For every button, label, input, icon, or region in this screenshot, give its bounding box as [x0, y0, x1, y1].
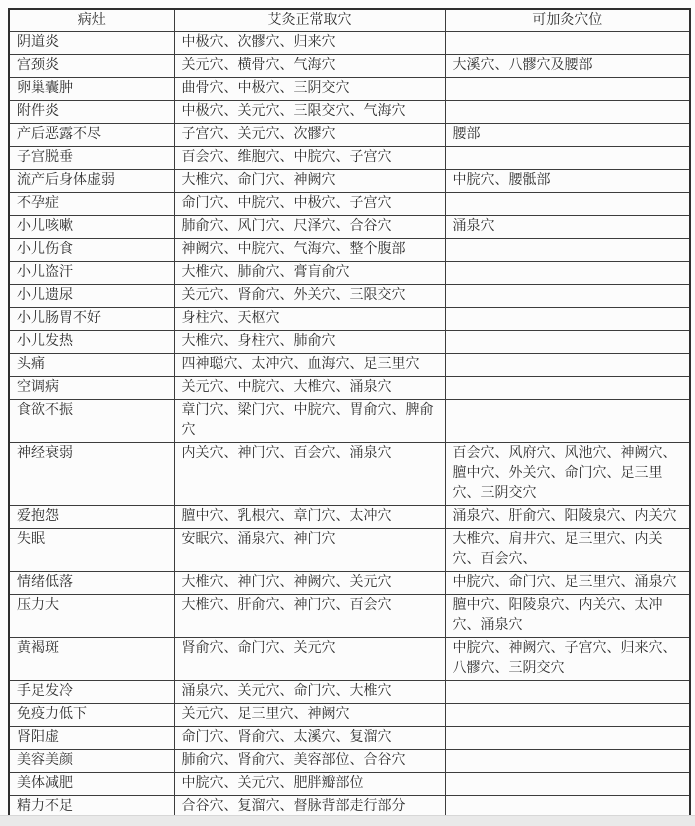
extra-points-cell	[445, 704, 690, 727]
disease-cell: 小儿发热	[9, 331, 174, 354]
extra-points-cell	[445, 727, 690, 750]
normal-points-cell: 关元穴、足三里穴、神阙穴	[174, 704, 445, 727]
disease-cell: 小儿遗尿	[9, 285, 174, 308]
extra-points-cell	[445, 101, 690, 124]
normal-points-cell: 命门穴、肾俞穴、太溪穴、复溜穴	[174, 727, 445, 750]
table-row: 爱抱怨 膻中穴、乳根穴、章门穴、太冲穴 涌泉穴、肝俞穴、阳陵泉穴、内关穴	[9, 506, 690, 529]
extra-points-cell: 涌泉穴、肝俞穴、阳陵泉穴、内关穴	[445, 506, 690, 529]
extra-points-cell	[445, 78, 690, 101]
disease-cell: 失眠	[9, 529, 174, 572]
normal-points-cell: 肺俞穴、肾俞穴、美容部位、合谷穴	[174, 750, 445, 773]
table-row: 不孕症 命门穴、中脘穴、中极穴、子宫穴	[9, 193, 690, 216]
disease-cell: 免疫力低下	[9, 704, 174, 727]
normal-points-cell: 膻中穴、乳根穴、章门穴、太冲穴	[174, 506, 445, 529]
table-row: 食欲不振 章门穴、梁门穴、中脘穴、胃俞穴、脾俞穴	[9, 400, 690, 443]
table-row: 卵巢囊肿 曲骨穴、中极穴、三阴交穴	[9, 78, 690, 101]
table-row: 子宫脱垂 百会穴、维胞穴、中脘穴、子宫穴	[9, 147, 690, 170]
normal-points-cell: 百会穴、维胞穴、中脘穴、子宫穴	[174, 147, 445, 170]
disease-cell: 卵巢囊肿	[9, 78, 174, 101]
column-header-disease: 病灶	[9, 9, 174, 32]
disease-cell: 黄褐斑	[9, 638, 174, 681]
disease-cell: 宫颈炎	[9, 55, 174, 78]
disease-cell: 美体减肥	[9, 773, 174, 796]
normal-points-cell: 大椎穴、神门穴、神阙穴、关元穴	[174, 572, 445, 595]
extra-points-cell: 百会穴、风府穴、风池穴、神阙穴、膻中穴、外关穴、命门穴、足三里穴、三阴交穴	[445, 443, 690, 506]
extra-points-cell	[445, 377, 690, 400]
extra-points-cell: 大椎穴、肩井穴、足三里穴、内关穴、百会穴、	[445, 529, 690, 572]
disease-cell: 小儿伤食	[9, 239, 174, 262]
normal-points-cell: 肺俞穴、风门穴、尺泽穴、合谷穴	[174, 216, 445, 239]
extra-points-cell: 膻中穴、阳陵泉穴、内关穴、太冲穴、涌泉穴	[445, 595, 690, 638]
extra-points-cell: 中脘穴、神阙穴、子宫穴、归来穴、八髎穴、三阴交穴	[445, 638, 690, 681]
table-row: 肾阳虚 命门穴、肾俞穴、太溪穴、复溜穴	[9, 727, 690, 750]
disease-cell: 头痛	[9, 354, 174, 377]
extra-points-cell: 中脘穴、命门穴、足三里穴、涌泉穴	[445, 572, 690, 595]
normal-points-cell: 身柱穴、天枢穴	[174, 308, 445, 331]
extra-points-cell	[445, 331, 690, 354]
page-bottom-scan-shade	[0, 815, 695, 826]
table-header-row: 病灶 艾灸正常取穴 可加灸穴位	[9, 9, 690, 32]
disease-cell: 神经衰弱	[9, 443, 174, 506]
table-row: 流产后身体虚弱 大椎穴、命门穴、神阙穴 中脘穴、腰骶部	[9, 170, 690, 193]
disease-cell: 小儿咳嗽	[9, 216, 174, 239]
table-row: 失眠 安眠穴、涌泉穴、神门穴 大椎穴、肩井穴、足三里穴、内关穴、百会穴、	[9, 529, 690, 572]
table-row: 小儿肠胃不好 身柱穴、天枢穴	[9, 308, 690, 331]
extra-points-cell: 大溪穴、八髎穴及腰部	[445, 55, 690, 78]
disease-cell: 肾阳虚	[9, 727, 174, 750]
table-row: 附件炎 中极穴、关元穴、三限交穴、气海穴	[9, 101, 690, 124]
extra-points-cell: 涌泉穴	[445, 216, 690, 239]
table-row: 阴道炎 中极穴、次髎穴、归来穴	[9, 32, 690, 55]
table-row: 美体减肥 中脘穴、关元穴、肥胖瓣部位	[9, 773, 690, 796]
normal-points-cell: 中脘穴、关元穴、肥胖瓣部位	[174, 773, 445, 796]
table-row: 小儿伤食 神阙穴、中脘穴、气海穴、整个腹部	[9, 239, 690, 262]
normal-points-cell: 大椎穴、肺俞穴、膏肓俞穴	[174, 262, 445, 285]
moxibustion-acupoint-table: 病灶 艾灸正常取穴 可加灸穴位 阴道炎 中极穴、次髎穴、归来穴 宫颈炎 关元穴、…	[8, 8, 691, 820]
disease-cell: 产后恶露不尽	[9, 124, 174, 147]
disease-cell: 流产后身体虚弱	[9, 170, 174, 193]
column-header-extra-points: 可加灸穴位	[445, 9, 690, 32]
disease-cell: 情绪低落	[9, 572, 174, 595]
disease-cell: 压力大	[9, 595, 174, 638]
extra-points-cell	[445, 750, 690, 773]
extra-points-cell	[445, 354, 690, 377]
disease-cell: 子宫脱垂	[9, 147, 174, 170]
normal-points-cell: 涌泉穴、关元穴、命门穴、大椎穴	[174, 681, 445, 704]
normal-points-cell: 安眠穴、涌泉穴、神门穴	[174, 529, 445, 572]
table-row: 黄褐斑 肾俞穴、命门穴、关元穴 中脘穴、神阙穴、子宫穴、归来穴、八髎穴、三阴交穴	[9, 638, 690, 681]
disease-cell: 爱抱怨	[9, 506, 174, 529]
disease-cell: 不孕症	[9, 193, 174, 216]
extra-points-cell	[445, 193, 690, 216]
table-row: 空调病 关元穴、中脘穴、大椎穴、涌泉穴	[9, 377, 690, 400]
disease-cell: 食欲不振	[9, 400, 174, 443]
table-row: 小儿遗尿 关元穴、肾俞穴、外关穴、三限交穴	[9, 285, 690, 308]
disease-cell: 小儿肠胃不好	[9, 308, 174, 331]
extra-points-cell	[445, 285, 690, 308]
extra-points-cell	[445, 308, 690, 331]
disease-cell: 小儿盗汗	[9, 262, 174, 285]
normal-points-cell: 肾俞穴、命门穴、关元穴	[174, 638, 445, 681]
normal-points-cell: 大椎穴、身柱穴、肺俞穴	[174, 331, 445, 354]
extra-points-cell: 中脘穴、腰骶部	[445, 170, 690, 193]
disease-cell: 空调病	[9, 377, 174, 400]
normal-points-cell: 内关穴、神门穴、百会穴、涌泉穴	[174, 443, 445, 506]
table-row: 情绪低落 大椎穴、神门穴、神阙穴、关元穴 中脘穴、命门穴、足三里穴、涌泉穴	[9, 572, 690, 595]
normal-points-cell: 子宫穴、关元穴、次髎穴	[174, 124, 445, 147]
normal-points-cell: 中极穴、次髎穴、归来穴	[174, 32, 445, 55]
table-row: 压力大 大椎穴、肝俞穴、神门穴、百会穴 膻中穴、阳陵泉穴、内关穴、太冲穴、涌泉穴	[9, 595, 690, 638]
normal-points-cell: 命门穴、中脘穴、中极穴、子宫穴	[174, 193, 445, 216]
column-header-normal-points: 艾灸正常取穴	[174, 9, 445, 32]
normal-points-cell: 关元穴、中脘穴、大椎穴、涌泉穴	[174, 377, 445, 400]
extra-points-cell: 腰部	[445, 124, 690, 147]
disease-cell: 美容美颜	[9, 750, 174, 773]
table-row: 美容美颜 肺俞穴、肾俞穴、美容部位、合谷穴	[9, 750, 690, 773]
normal-points-cell: 曲骨穴、中极穴、三阴交穴	[174, 78, 445, 101]
extra-points-cell	[445, 147, 690, 170]
table-row: 小儿发热 大椎穴、身柱穴、肺俞穴	[9, 331, 690, 354]
normal-points-cell: 章门穴、梁门穴、中脘穴、胃俞穴、脾俞穴	[174, 400, 445, 443]
extra-points-cell	[445, 239, 690, 262]
disease-cell: 附件炎	[9, 101, 174, 124]
normal-points-cell: 关元穴、横骨穴、气海穴	[174, 55, 445, 78]
table-row: 产后恶露不尽 子宫穴、关元穴、次髎穴 腰部	[9, 124, 690, 147]
normal-points-cell: 神阙穴、中脘穴、气海穴、整个腹部	[174, 239, 445, 262]
disease-cell: 手足发冷	[9, 681, 174, 704]
table-row: 头痛 四神聪穴、太冲穴、血海穴、足三里穴	[9, 354, 690, 377]
normal-points-cell: 四神聪穴、太冲穴、血海穴、足三里穴	[174, 354, 445, 377]
normal-points-cell: 中极穴、关元穴、三限交穴、气海穴	[174, 101, 445, 124]
table-body: 阴道炎 中极穴、次髎穴、归来穴 宫颈炎 关元穴、横骨穴、气海穴 大溪穴、八髎穴及…	[9, 32, 690, 820]
extra-points-cell	[445, 400, 690, 443]
extra-points-cell	[445, 262, 690, 285]
table-row: 免疫力低下 关元穴、足三里穴、神阙穴	[9, 704, 690, 727]
normal-points-cell: 关元穴、肾俞穴、外关穴、三限交穴	[174, 285, 445, 308]
disease-cell: 阴道炎	[9, 32, 174, 55]
normal-points-cell: 大椎穴、命门穴、神阙穴	[174, 170, 445, 193]
table-row: 小儿盗汗 大椎穴、肺俞穴、膏肓俞穴	[9, 262, 690, 285]
normal-points-cell: 大椎穴、肝俞穴、神门穴、百会穴	[174, 595, 445, 638]
extra-points-cell	[445, 681, 690, 704]
table-row: 小儿咳嗽 肺俞穴、风门穴、尺泽穴、合谷穴 涌泉穴	[9, 216, 690, 239]
table-row: 神经衰弱 内关穴、神门穴、百会穴、涌泉穴 百会穴、风府穴、风池穴、神阙穴、膻中穴…	[9, 443, 690, 506]
scanned-document-page: 病灶 艾灸正常取穴 可加灸穴位 阴道炎 中极穴、次髎穴、归来穴 宫颈炎 关元穴、…	[0, 0, 695, 826]
table-row: 宫颈炎 关元穴、横骨穴、气海穴 大溪穴、八髎穴及腰部	[9, 55, 690, 78]
table-row: 手足发冷 涌泉穴、关元穴、命门穴、大椎穴	[9, 681, 690, 704]
extra-points-cell	[445, 773, 690, 796]
extra-points-cell	[445, 32, 690, 55]
